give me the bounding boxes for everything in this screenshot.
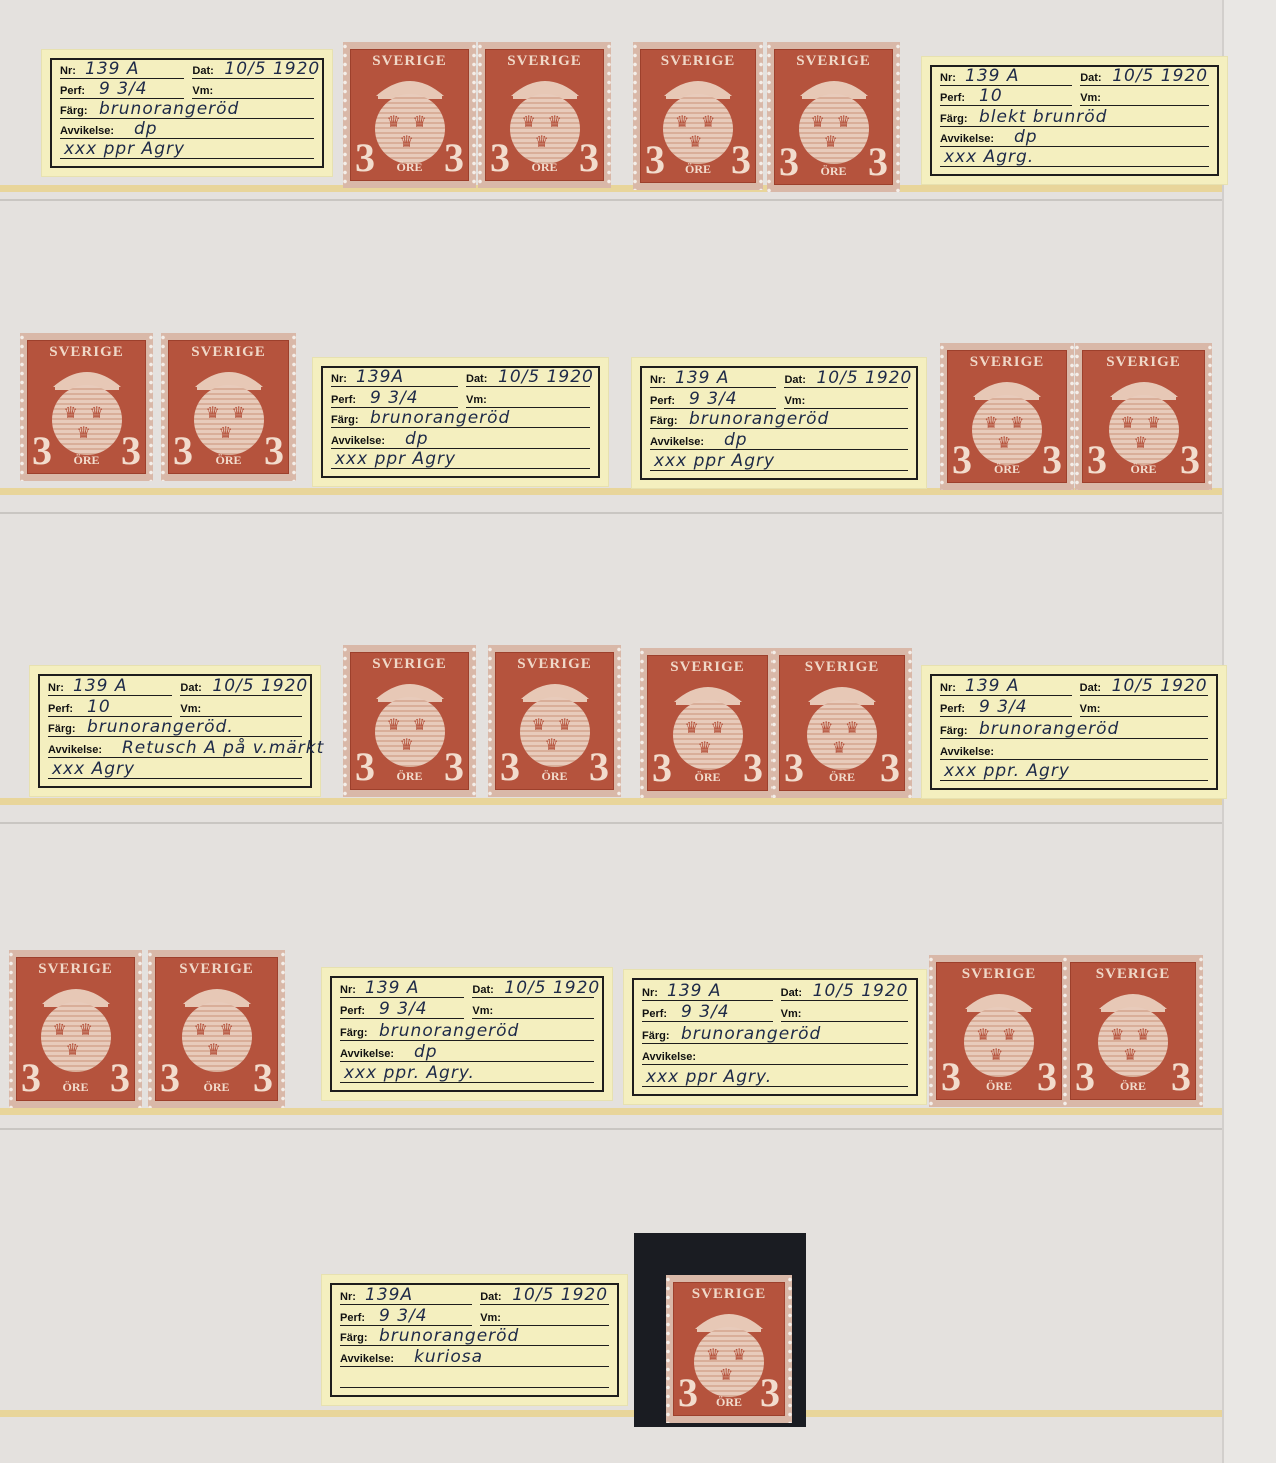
farg-row: Färg:blekt brunröd [940, 107, 1209, 126]
nr-value: 139 A [965, 676, 1019, 696]
nr-value: 139 A [965, 66, 1019, 86]
mount-strip-edge [0, 512, 1222, 514]
note-value: xxx ppr Agry [654, 451, 775, 471]
avvikelse-row: Avvikelse:Retusch A på v.märkt [48, 738, 302, 758]
stamp-country-text: SVERIGE [486, 53, 603, 70]
stamp: SVERIGE♛♛♛33ÖRE [343, 645, 476, 797]
avvikelse-value: dp [724, 430, 748, 450]
stamp-label: Nr:139 ADat:10/5 1920Perf:9 3/4Vm:Färg:b… [322, 968, 612, 1100]
stamp-label: Nr:139ADat:10/5 1920Perf:9 3/4Vm:Färg:br… [322, 1275, 627, 1405]
dat-value: 10/5 1920 [813, 981, 909, 1001]
avvikelse-field-label: Avvikelse: [340, 1048, 394, 1060]
stamp-country-text: SVERIGE [674, 1286, 784, 1303]
nr-value: 139 A [365, 978, 419, 998]
farg-field-label: Färg: [642, 1030, 670, 1042]
perforation [896, 42, 900, 192]
avvikelse-field-label: Avvikelse: [340, 1353, 394, 1365]
perf-row: Perf:10 [48, 697, 172, 717]
dat-value: 10/5 1920 [1112, 676, 1208, 696]
avvikelse-field-label: Avvikelse: [48, 744, 102, 756]
avvikelse-row: Avvikelse:dp [331, 429, 590, 448]
stamp-currency: ÖRE [156, 1080, 277, 1095]
perforation [148, 950, 152, 1108]
dat-field-label: Dat: [784, 374, 805, 386]
farg-value: brunorangeröd [681, 1024, 821, 1044]
stamp: SVERIGE♛♛♛33ÖRE [666, 1275, 792, 1423]
note-value: xxx ppr. Agry. [344, 1063, 475, 1083]
note-row: xxx ppr Agry. [642, 1066, 908, 1087]
perf-row: Perf:9 3/4 [650, 389, 776, 409]
page-margin [1224, 0, 1276, 1463]
stamp: SVERIGE♛♛♛33ÖRE [343, 42, 476, 188]
perforation [281, 950, 285, 1108]
perf-value: 9 3/4 [689, 389, 738, 409]
stamp-country-text: SVERIGE [780, 659, 904, 676]
stamp-currency: ÖRE [486, 160, 603, 175]
three-crowns-orb-icon: ♛♛♛ [182, 1002, 252, 1072]
stamp: SVERIGE♛♛♛33ÖRE [929, 955, 1069, 1107]
dat-value: 10/5 1920 [504, 978, 600, 998]
perforation [292, 333, 296, 481]
stamp-currency: ÖRE [1071, 1079, 1195, 1094]
avvikelse-value: Retusch A på v.märkt [122, 738, 324, 758]
perforation [788, 1275, 792, 1423]
avvikelse-row: Avvikelse:dp [650, 430, 908, 450]
perforation [472, 645, 476, 797]
avvikelse-row: Avvikelse:dp [940, 128, 1209, 147]
perf-field-label: Perf: [642, 1008, 667, 1020]
stamp: SVERIGE♛♛♛33ÖRE [488, 645, 621, 797]
perforation [1075, 343, 1079, 490]
perforation [138, 950, 142, 1108]
note-row: xxx ppr. Agry [940, 761, 1208, 781]
three-crowns-orb-icon: ♛♛♛ [694, 1327, 764, 1397]
farg-field-label: Färg: [60, 105, 88, 117]
perf-row: Perf:9 3/4 [642, 1002, 773, 1023]
three-crowns-orb-icon: ♛♛♛ [52, 385, 122, 455]
stamp: SVERIGE♛♛♛33ÖRE [640, 648, 775, 798]
dat-row: Dat:10/5 1920 [466, 368, 590, 387]
avvikelse-row: Avvikelse:dp [340, 1042, 594, 1062]
dat-row: Dat:10/5 1920 [480, 1285, 609, 1305]
nr-row: Nr:139 A [650, 368, 776, 388]
dat-field-label: Dat: [480, 1291, 501, 1303]
nr-value: 139 A [667, 981, 721, 1001]
stamp-country-text: SVERIGE [641, 53, 755, 70]
three-crowns-orb-icon: ♛♛♛ [1109, 395, 1179, 465]
vm-row: Vm: [472, 999, 594, 1019]
avvikelse-row: Avvikelse:kuriosa [340, 1347, 609, 1367]
farg-field-label: Färg: [340, 1027, 368, 1039]
note-row: xxx Agry [48, 759, 302, 779]
note-value: xxx ppr. Agry [944, 761, 1070, 781]
farg-field-label: Färg: [48, 723, 76, 735]
vm-row: Vm: [1080, 697, 1208, 717]
avvikelse-value: dp [414, 1042, 438, 1062]
stamp-country-text: SVERIGE [351, 53, 468, 70]
note-value: xxx Agrg. [944, 147, 1034, 167]
stamp-label: Nr:139 ADat:10/5 1920Perf:9 3/4Vm:Färg:b… [42, 50, 332, 176]
nr-value: 139A [356, 367, 404, 387]
perforation [161, 333, 165, 481]
mount-strip-edge [0, 1128, 1222, 1130]
perf-row: Perf:9 3/4 [940, 697, 1072, 717]
farg-field-label: Färg: [940, 113, 968, 125]
perforation [929, 955, 933, 1107]
avvikelse-value: kuriosa [414, 1347, 483, 1367]
perforation [767, 42, 771, 192]
farg-field-label: Färg: [331, 414, 359, 426]
stamp-country-text: SVERIGE [948, 354, 1066, 371]
perf-value: 9 3/4 [379, 1306, 428, 1326]
nr-field-label: Nr: [650, 374, 666, 386]
three-crowns-orb-icon: ♛♛♛ [663, 94, 733, 164]
perforation [1063, 955, 1067, 1107]
dat-value: 10/5 1920 [498, 367, 594, 387]
perforation [1208, 343, 1212, 490]
perforation [666, 1275, 670, 1423]
stamp-country-text: SVERIGE [496, 656, 613, 673]
vm-field-label: Vm: [1080, 703, 1101, 715]
vm-field-label: Vm: [480, 1312, 501, 1324]
dat-row: Dat:10/5 1920 [472, 978, 594, 998]
stamp-currency: ÖRE [775, 164, 892, 179]
dat-value: 10/5 1920 [224, 59, 320, 79]
nr-row: Nr:139 A [60, 60, 184, 79]
stamp: SVERIGE♛♛♛33ÖRE [1063, 955, 1203, 1107]
perforation [1070, 343, 1074, 490]
avvikelse-value: dp [405, 429, 429, 449]
stamp-country-text: SVERIGE [937, 966, 1061, 983]
dat-value: 10/5 1920 [1112, 66, 1208, 86]
stamp-currency: ÖRE [641, 162, 755, 177]
dat-row: Dat:10/5 1920 [180, 676, 302, 696]
mount-strip-rail [0, 185, 1222, 192]
nr-field-label: Nr: [642, 987, 658, 999]
dat-row: Dat:10/5 1920 [784, 368, 908, 388]
vm-field-label: Vm: [180, 703, 201, 715]
nr-row: Nr:139 A [48, 676, 172, 696]
farg-row: Färg:brunorangeröd [650, 410, 908, 430]
nr-value: 139 A [675, 368, 729, 388]
farg-value: brunorangeröd [979, 719, 1119, 739]
dat-value: 10/5 1920 [212, 676, 308, 696]
avvikelse-row: Avvikelse:dp [60, 120, 314, 139]
avvikelse-field-label: Avvikelse: [940, 746, 994, 758]
farg-value: blekt brunröd [979, 107, 1107, 127]
dat-field-label: Dat: [1080, 72, 1101, 84]
three-crowns-orb-icon: ♛♛♛ [1098, 1007, 1168, 1077]
vm-row: Vm: [192, 80, 314, 99]
perforation [772, 648, 776, 798]
perf-value: 9 3/4 [379, 999, 428, 1019]
farg-value: brunorangeröd. [87, 717, 234, 737]
perf-value: 9 3/4 [681, 1002, 730, 1022]
stamp-currency: ÖRE [780, 770, 904, 785]
dat-field-label: Dat: [781, 987, 802, 999]
perf-field-label: Perf: [340, 1005, 365, 1017]
farg-field-label: Färg: [940, 725, 968, 737]
perf-row: Perf:9 3/4 [340, 999, 464, 1019]
farg-row: Färg:brunorangeröd [340, 1327, 609, 1347]
nr-field-label: Nr: [340, 984, 356, 996]
perf-field-label: Perf: [650, 395, 675, 407]
vm-field-label: Vm: [1080, 92, 1101, 104]
nr-field-label: Nr: [940, 72, 956, 84]
perforation [640, 648, 644, 798]
perf-row: Perf:9 3/4 [331, 388, 458, 407]
stamp-currency: ÖRE [674, 1395, 784, 1410]
perforation [9, 950, 13, 1108]
three-crowns-orb-icon: ♛♛♛ [807, 700, 877, 770]
stamp-country-text: SVERIGE [169, 344, 288, 361]
perforation [633, 42, 637, 190]
avvikelse-field-label: Avvikelse: [60, 125, 114, 137]
perforation [617, 645, 621, 797]
perf-field-label: Perf: [331, 394, 356, 406]
vm-row: Vm: [466, 388, 590, 407]
stamp: SVERIGE♛♛♛33ÖRE [767, 42, 900, 192]
farg-row: Färg:brunorangeröd. [48, 718, 302, 738]
stamp-country-text: SVERIGE [351, 656, 468, 673]
perf-field-label: Perf: [940, 703, 965, 715]
stamp-country-text: SVERIGE [1071, 966, 1195, 983]
perforation [1199, 955, 1203, 1107]
stamp-country-text: SVERIGE [775, 53, 892, 70]
farg-value: brunorangeröd [379, 1021, 519, 1041]
nr-row: Nr:139 A [940, 676, 1072, 696]
note-row: xxx ppr. Agry. [340, 1063, 594, 1083]
note-row: xxx Agrg. [940, 148, 1209, 167]
vm-row: Vm: [180, 697, 302, 717]
perforation [940, 343, 944, 490]
nr-field-label: Nr: [60, 65, 76, 77]
stamp-label: Nr:139 ADat:10/5 1920Perf:9 3/4Vm:Färg:b… [922, 666, 1226, 798]
avvikelse-row: Avvikelse: [642, 1045, 908, 1066]
note-value: xxx Agry [52, 759, 135, 779]
mount-strip-edge [0, 822, 1222, 824]
dat-field-label: Dat: [180, 682, 201, 694]
farg-value: brunorangeröd [370, 408, 510, 428]
avvikelse-field-label: Avvikelse: [650, 436, 704, 448]
dat-row: Dat:10/5 1920 [781, 980, 908, 1001]
nr-row: Nr:139A [331, 368, 458, 387]
vm-row: Vm: [781, 1002, 908, 1023]
stamp: SVERIGE♛♛♛33ÖRE [20, 333, 153, 481]
avvikelse-value: dp [134, 119, 158, 139]
vm-field-label: Vm: [192, 85, 213, 97]
dat-value: 10/5 1920 [512, 1285, 608, 1305]
stamp-label: Nr:139 ADat:10/5 1920Perf:10Vm:Färg:blek… [922, 57, 1227, 184]
stamp-country-text: SVERIGE [28, 344, 145, 361]
vm-field-label: Vm: [472, 1005, 493, 1017]
dat-row: Dat:10/5 1920 [1080, 67, 1209, 86]
stamp-currency: ÖRE [351, 160, 468, 175]
note-value: xxx ppr Agry [335, 449, 456, 469]
stamp: SVERIGE♛♛♛33ÖRE [9, 950, 142, 1108]
nr-row: Nr:139 A [340, 978, 464, 998]
note-row: xxx ppr Agry [331, 450, 590, 469]
stamp: SVERIGE♛♛♛33ÖRE [772, 648, 912, 798]
perforation [343, 645, 347, 797]
farg-row: Färg:brunorangeröd [331, 409, 590, 428]
stamp-currency: ÖRE [648, 770, 767, 785]
stamp: SVERIGE♛♛♛33ÖRE [161, 333, 296, 481]
stamp-currency: ÖRE [948, 462, 1066, 477]
nr-value: 139 A [73, 676, 127, 696]
perf-row: Perf:9 3/4 [60, 80, 184, 99]
three-crowns-orb-icon: ♛♛♛ [972, 395, 1042, 465]
avvikelse-field-label: Avvikelse: [331, 435, 385, 447]
farg-value: brunorangeröd [689, 409, 829, 429]
stamp-currency: ÖRE [17, 1080, 134, 1095]
avvikelse-field-label: Avvikelse: [642, 1051, 696, 1063]
nr-row: Nr:139A [340, 1285, 472, 1305]
perf-row: Perf:9 3/4 [340, 1306, 472, 1326]
stamp-currency: ÖRE [351, 769, 468, 784]
nr-field-label: Nr: [331, 373, 347, 385]
perf-value: 10 [87, 697, 111, 717]
perforation [20, 333, 24, 481]
note-row: xxx ppr Agry [60, 140, 314, 159]
dat-value: 10/5 1920 [816, 368, 912, 388]
perf-field-label: Perf: [340, 1312, 365, 1324]
perforation [488, 645, 492, 797]
avvikelse-value: dp [1014, 127, 1038, 147]
three-crowns-orb-icon: ♛♛♛ [673, 700, 743, 770]
perforation [607, 42, 611, 188]
stamp: SVERIGE♛♛♛33ÖRE [1075, 343, 1212, 490]
perforation [908, 648, 912, 798]
perforation [472, 42, 476, 188]
perf-field-label: Perf: [48, 703, 73, 715]
dat-field-label: Dat: [1080, 682, 1101, 694]
dat-row: Dat:10/5 1920 [192, 60, 314, 79]
perf-field-label: Perf: [60, 85, 85, 97]
stamp-currency: ÖRE [1083, 462, 1204, 477]
stamp-country-text: SVERIGE [648, 659, 767, 676]
note-row: xxx ppr Agry [650, 451, 908, 471]
stamp-label: Nr:139 ADat:10/5 1920Perf:9 3/4Vm:Färg:b… [624, 970, 926, 1104]
stamp: SVERIGE♛♛♛33ÖRE [940, 343, 1074, 490]
mount-strip-edge [0, 199, 1222, 201]
nr-field-label: Nr: [940, 682, 956, 694]
perf-value: 10 [979, 86, 1003, 106]
perf-value: 9 3/4 [370, 388, 419, 408]
three-crowns-orb-icon: ♛♛♛ [799, 94, 869, 164]
three-crowns-orb-icon: ♛♛♛ [520, 697, 590, 767]
stamp-label: Nr:139 ADat:10/5 1920Perf:9 3/4Vm:Färg:b… [632, 358, 926, 488]
stamp: SVERIGE♛♛♛33ÖRE [633, 42, 763, 190]
stamp-currency: ÖRE [937, 1079, 1061, 1094]
dat-field-label: Dat: [472, 984, 493, 996]
note-value: xxx ppr Agry [64, 139, 185, 159]
vm-row: Vm: [784, 389, 908, 409]
perf-value: 9 3/4 [979, 697, 1028, 717]
stamp-country-text: SVERIGE [17, 961, 134, 978]
mount-strip-rail [0, 1108, 1222, 1115]
note-row [340, 1368, 609, 1388]
nr-row: Nr:139 A [940, 67, 1072, 86]
mount-strip-rail [0, 798, 1222, 805]
farg-row: Färg:brunorangeröd [642, 1023, 908, 1044]
stamp-country-text: SVERIGE [1083, 354, 1204, 371]
vm-row: Vm: [1080, 87, 1209, 106]
farg-row: Färg:brunorangeröd [340, 1020, 594, 1040]
dat-row: Dat:10/5 1920 [1080, 676, 1208, 696]
stamp: SVERIGE♛♛♛33ÖRE [478, 42, 611, 188]
three-crowns-orb-icon: ♛♛♛ [375, 94, 445, 164]
farg-row: Färg:brunorangeröd [60, 100, 314, 119]
stamp-label: Nr:139ADat:10/5 1920Perf:9 3/4Vm:Färg:br… [313, 358, 608, 486]
stamp-currency: ÖRE [496, 769, 613, 784]
farg-value: brunorangeröd [99, 99, 239, 119]
stamp: SVERIGE♛♛♛33ÖRE [148, 950, 285, 1108]
avvikelse-field-label: Avvikelse: [940, 133, 994, 145]
three-crowns-orb-icon: ♛♛♛ [194, 385, 264, 455]
dat-field-label: Dat: [466, 373, 487, 385]
three-crowns-orb-icon: ♛♛♛ [375, 697, 445, 767]
perf-value: 9 3/4 [99, 79, 148, 99]
stamp-currency: ÖRE [169, 453, 288, 468]
perforation [343, 42, 347, 188]
farg-row: Färg:brunorangeröd [940, 718, 1208, 738]
nr-field-label: Nr: [48, 682, 64, 694]
farg-field-label: Färg: [340, 1332, 368, 1344]
three-crowns-orb-icon: ♛♛♛ [510, 94, 580, 164]
farg-value: brunorangeröd [379, 1326, 519, 1346]
vm-field-label: Vm: [781, 1008, 802, 1020]
nr-field-label: Nr: [340, 1291, 356, 1303]
perforation [759, 42, 763, 190]
perforation [149, 333, 153, 481]
perf-row: Perf:10 [940, 87, 1072, 106]
nr-value: 139A [365, 1285, 413, 1305]
note-value: xxx ppr Agry. [646, 1067, 772, 1087]
avvikelse-row: Avvikelse: [940, 740, 1208, 760]
vm-row: Vm: [480, 1306, 609, 1326]
mount-strip-rail [0, 1410, 1222, 1417]
dat-field-label: Dat: [192, 65, 213, 77]
vm-field-label: Vm: [466, 394, 487, 406]
stamp-country-text: SVERIGE [156, 961, 277, 978]
farg-field-label: Färg: [650, 415, 678, 427]
three-crowns-orb-icon: ♛♛♛ [41, 1002, 111, 1072]
vm-field-label: Vm: [784, 395, 805, 407]
stamp-currency: ÖRE [28, 453, 145, 468]
perf-field-label: Perf: [940, 92, 965, 104]
nr-row: Nr:139 A [642, 980, 773, 1001]
stamp-label: Nr:139 ADat:10/5 1920Perf:10Vm:Färg:brun… [30, 666, 320, 796]
nr-value: 139 A [85, 59, 139, 79]
three-crowns-orb-icon: ♛♛♛ [964, 1007, 1034, 1077]
perforation [478, 42, 482, 188]
